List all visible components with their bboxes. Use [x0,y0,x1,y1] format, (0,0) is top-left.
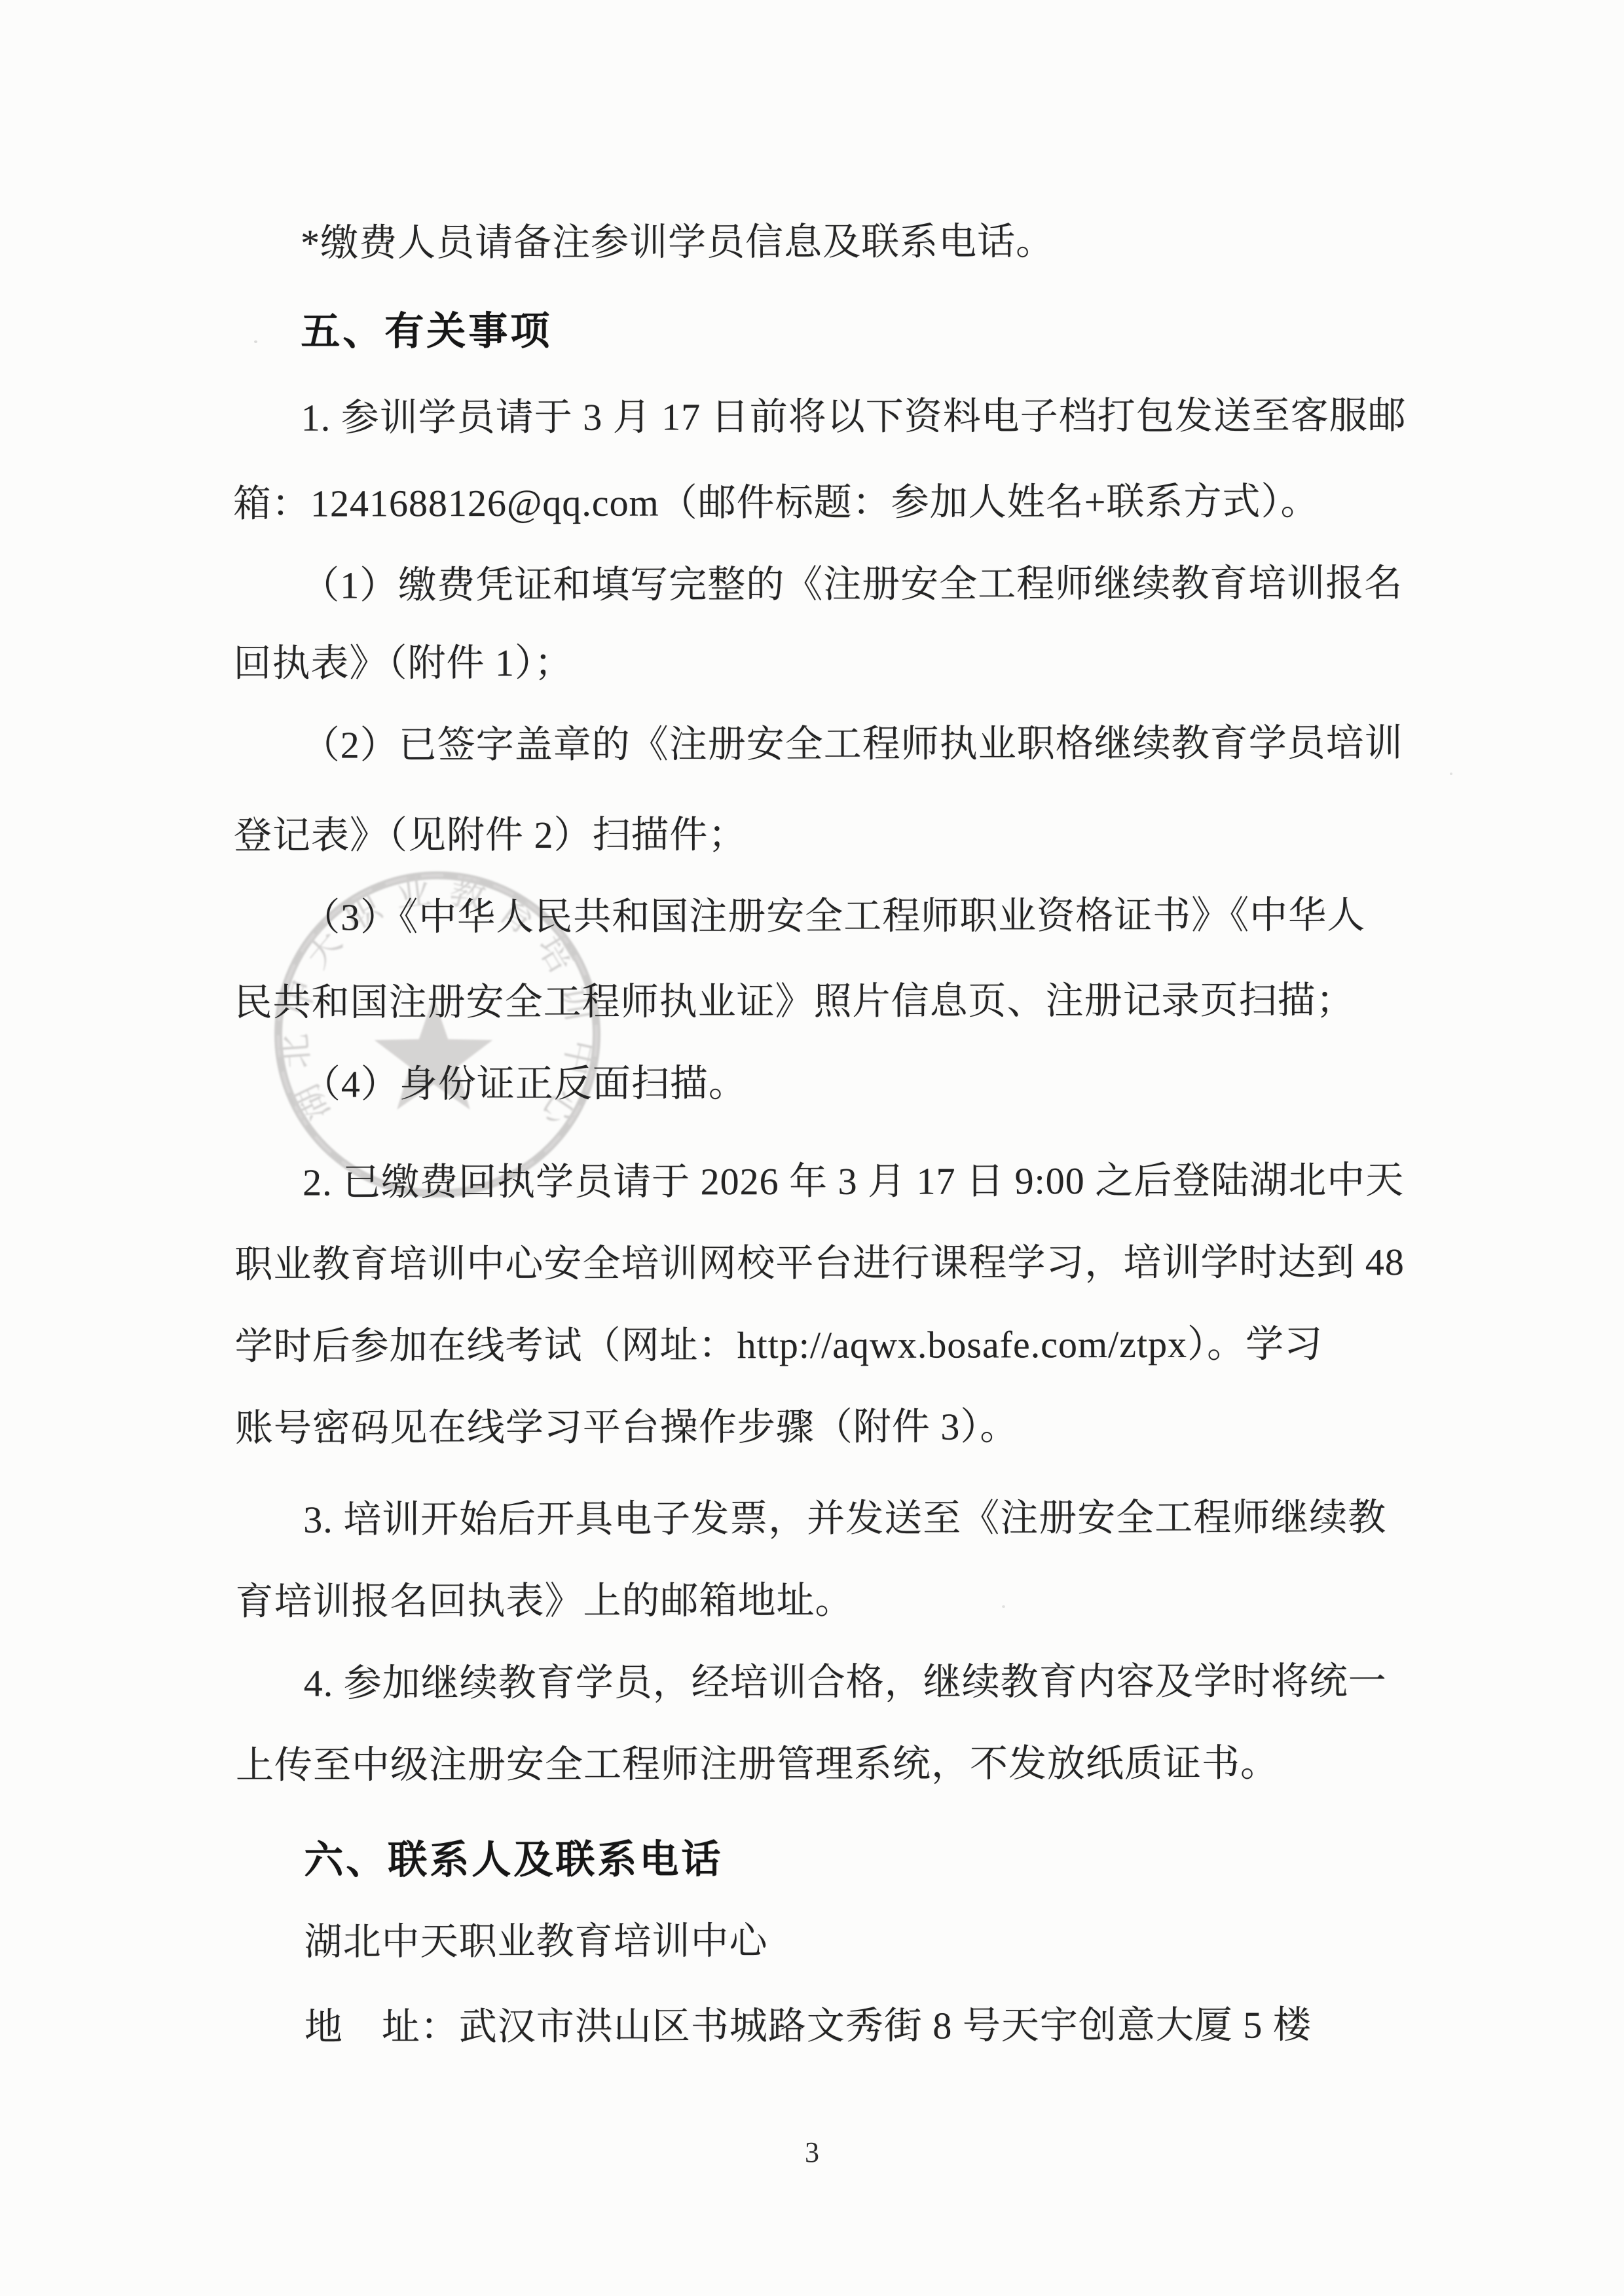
text-line: 1. 参训学员请于 3 月 17 日前将以下资料电子档打包发送至客服邮 [301,374,1407,460]
text-line: 学时后参加在线考试（网址：http://aqwx.bosafe.com/ztpx… [235,1303,1323,1387]
section-heading: 六、联系人及联系电话 [304,1818,723,1901]
text-line: 民共和国注册安全工程师执业证》照片信息页、注册记录页扫描； [234,959,1354,1044]
text-line: （1）缴费凭证和填写完整的《注册安全工程师继续教育培训报名 [301,542,1403,627]
text-line: 职业教育培训中心安全培训网校平台进行课程学习，培训学时达到 48 [234,1221,1405,1306]
scan-speck [254,340,257,343]
text-line: （2）已签字盖章的《注册安全工程师执业职格继续教育学员培训 [302,702,1403,787]
text-line: 湖北中天职业教育培训中心 [304,1900,767,1983]
text-layer: *缴费人员请备注参训学员信息及联系电话。五、有关事项1. 参训学员请于 3 月 … [0,0,1624,2296]
text-line: （4）身份证正反面扫描。 [303,1042,747,1125]
text-line: 登记表》（见附件 2）扫描件； [234,793,747,877]
text-line: 上传至中级注册安全工程师注册管理系统，不发放纸质证书。 [236,1722,1279,1807]
text-line: 回执表》（附件 1）； [233,622,573,705]
scan-speck [1002,1605,1005,1608]
text-line: *缴费人员请备注参训学员信息及联系电话。 [301,200,1054,284]
section-heading: 五、有关事项 [301,290,552,373]
text-line: 箱：1241688126@qq.com（邮件标题：参加人姓名+联系方式）。 [233,460,1319,545]
scan-speck [1450,773,1452,775]
text-line: 2. 已缴费回执学员请于 2026 年 3 月 17 日 9:00 之后登陆湖北… [303,1139,1404,1224]
page-number: 3 [0,2120,1624,2185]
text-line: 3. 培训开始后开具电子发票，并发送至《注册安全工程师继续教 [303,1476,1386,1561]
text-line: 育培训报名回执表》上的邮箱地址。 [235,1559,853,1643]
document-page: 湖北中天职业教育培训中心 *缴费人员请备注参训学员信息及联系电话。五、有关事项1… [0,0,1624,2296]
text-line: （3）《中华人民共和国注册安全工程师职业资格证书》《中华人 [302,874,1365,958]
text-line: 地 址：武汉市洪山区书城路文秀街 8 号天宇创意大厦 5 楼 [304,1984,1312,2068]
text-line: 账号密码见在线学习平台操作步骤（附件 3）。 [235,1385,1019,1470]
text-line: 4. 参加继续教育学员，经培训合格，继续教育内容及学时将统一 [304,1640,1387,1724]
